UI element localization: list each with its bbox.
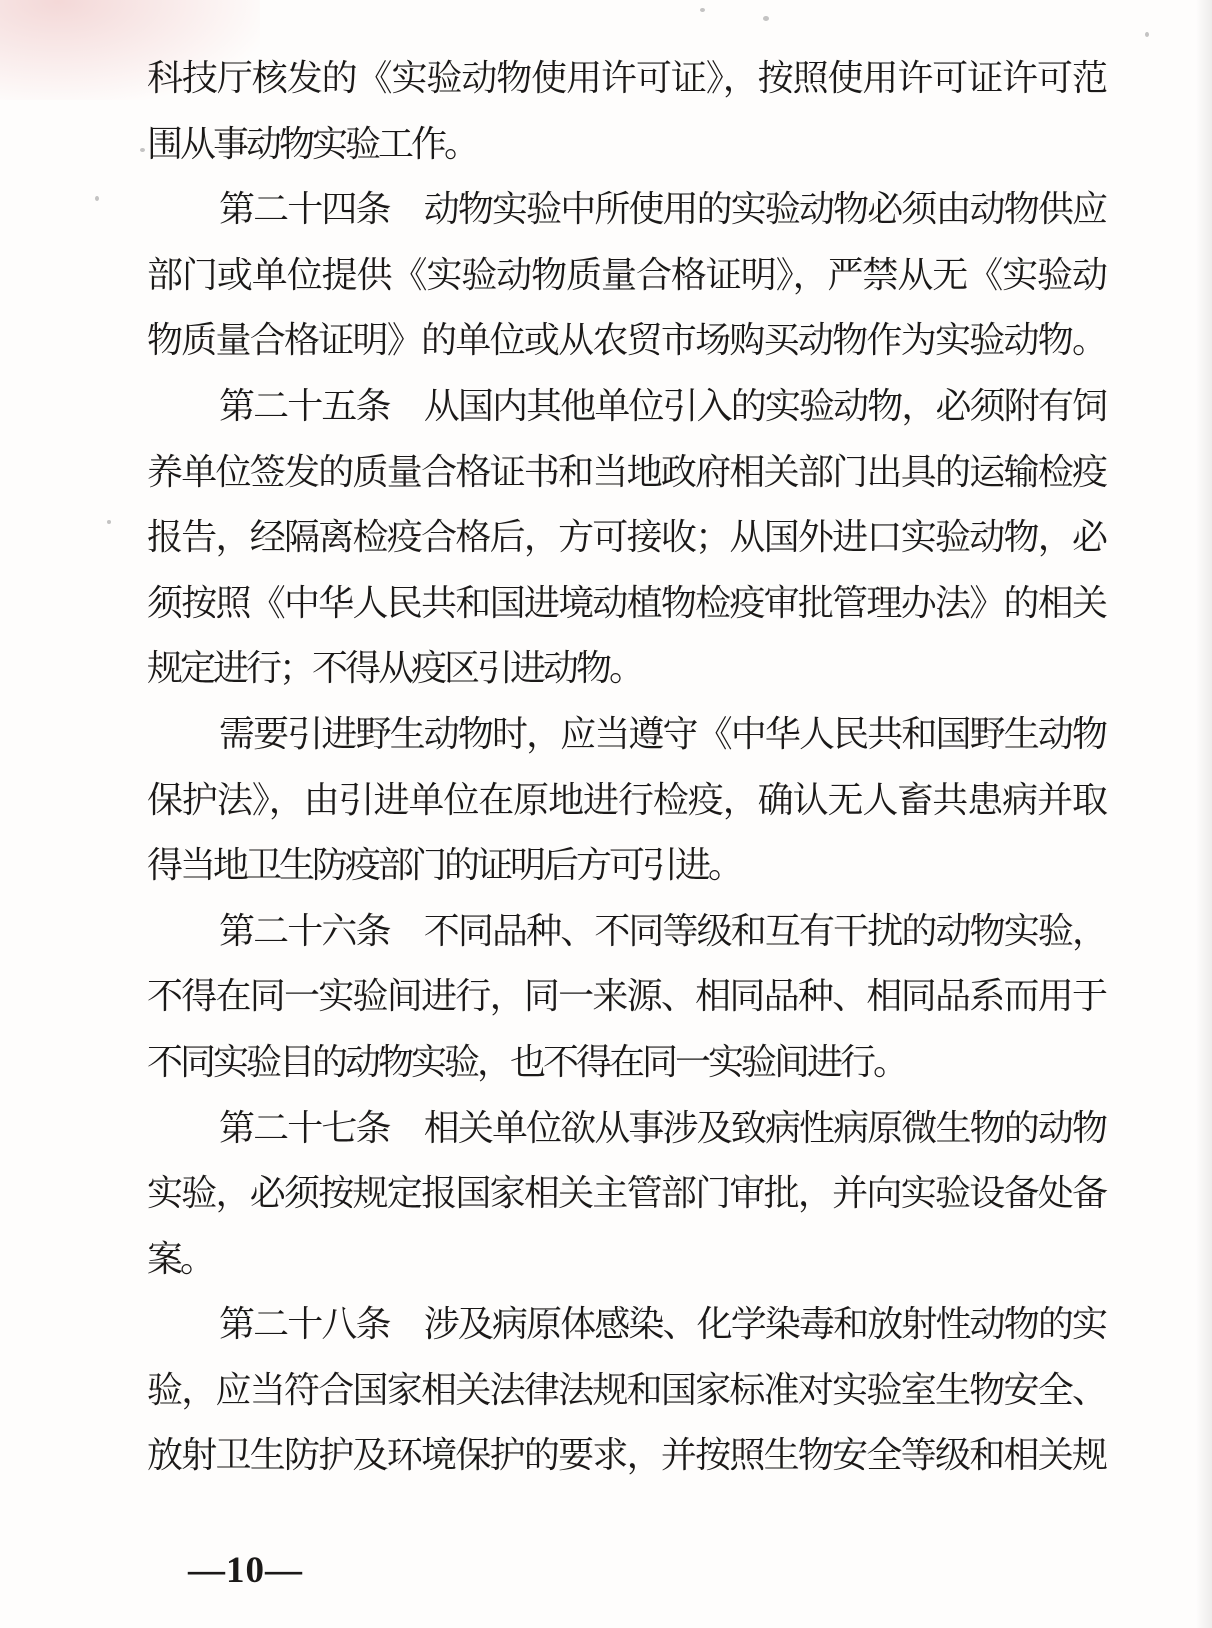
text-line: 放射卫生防护及环境保护的要求，并按照生物安全等级和相关规 [147, 1423, 1105, 1489]
text-line: 规定进行；不得从疫区引进动物。 [147, 636, 1105, 702]
text-line: 物质量合格证明》的单位或从农贸市场购买动物作为实验动物。 [147, 308, 1105, 374]
para-continued-from-previous-page: 科技厅核发的《实验动物使用许可证》，按照使用许可证许可范围从事动物实验工作。 [147, 46, 1105, 177]
scanned-document-page: 科技厅核发的《实验动物使用许可证》，按照使用许可证许可范围从事动物实验工作。第二… [0, 0, 1212, 1628]
article-25-wild-animals: 需要引进野生动物时，应当遵守《中华人民共和国野生动物保护法》，由引进单位在原地进… [147, 702, 1105, 899]
text-line: 不得在同一实验间进行，同一来源、相同品种、相同品系而用于 [147, 964, 1105, 1030]
scan-speck [1145, 32, 1149, 37]
text-line: 养单位签发的质量合格证书和当地政府相关部门出具的运输检疫 [147, 440, 1105, 506]
text-line: 得当地卫生防疫部门的证明后方可引进。 [147, 833, 1105, 899]
scan-speck [763, 16, 769, 21]
text-line: 不同实验目的动物实验，也不得在同一实验间进行。 [147, 1030, 1105, 1096]
article-24: 第二十四条 动物实验中所使用的实验动物必须由动物供应部门或单位提供《实验动物质量… [147, 177, 1105, 374]
document-body: 科技厅核发的《实验动物使用许可证》，按照使用许可证许可范围从事动物实验工作。第二… [147, 46, 1105, 1489]
text-line: 第二十六条 不同品种、不同等级和互有干扰的动物实验， [147, 899, 1105, 965]
text-line: 报告，经隔离检疫合格后，方可接收；从国外进口实验动物，必 [147, 505, 1105, 571]
text-line: 验，应当符合国家相关法律法规和国家标准对实验室生物安全、 [147, 1358, 1105, 1424]
text-line: 围从事动物实验工作。 [147, 112, 1105, 178]
page-number: —10— [188, 1549, 303, 1592]
scan-speck [107, 520, 111, 524]
scan-speck [95, 196, 99, 201]
text-line: 第二十七条 相关单位欲从事涉及致病性病原微生物的动物 [147, 1096, 1105, 1162]
scan-speck [140, 148, 145, 152]
text-line: 实验，必须按规定报国家相关主管部门审批，并向实验设备处备 [147, 1161, 1105, 1227]
article-27: 第二十七条 相关单位欲从事涉及致病性病原微生物的动物实验，必须按规定报国家相关主… [147, 1096, 1105, 1293]
text-line: 须按照《中华人民共和国进境动植物检疫审批管理办法》的相关 [147, 571, 1105, 637]
scan-speck [700, 8, 705, 12]
article-26: 第二十六条 不同品种、不同等级和互有干扰的动物实验，不得在同一实验间进行，同一来… [147, 899, 1105, 1096]
text-line: 第二十四条 动物实验中所使用的实验动物必须由动物供应 [147, 177, 1105, 243]
text-line: 部门或单位提供《实验动物质量合格证明》，严禁从无《实验动 [147, 243, 1105, 309]
text-line: 第二十五条 从国内其他单位引入的实验动物，必须附有饲 [147, 374, 1105, 440]
text-line: 第二十八条 涉及病原体感染、化学染毒和放射性动物的实 [147, 1292, 1105, 1358]
scan-edge-shadow [1196, 0, 1212, 1628]
text-line: 案。 [147, 1227, 1105, 1293]
text-line: 需要引进野生动物时，应当遵守《中华人民共和国野生动物 [147, 702, 1105, 768]
article-25: 第二十五条 从国内其他单位引入的实验动物，必须附有饲养单位签发的质量合格证书和当… [147, 374, 1105, 702]
article-28: 第二十八条 涉及病原体感染、化学染毒和放射性动物的实验，应当符合国家相关法律法规… [147, 1292, 1105, 1489]
text-line: 保护法》，由引进单位在原地进行检疫，确认无人畜共患病并取 [147, 768, 1105, 834]
text-line: 科技厅核发的《实验动物使用许可证》，按照使用许可证许可范 [147, 46, 1105, 112]
